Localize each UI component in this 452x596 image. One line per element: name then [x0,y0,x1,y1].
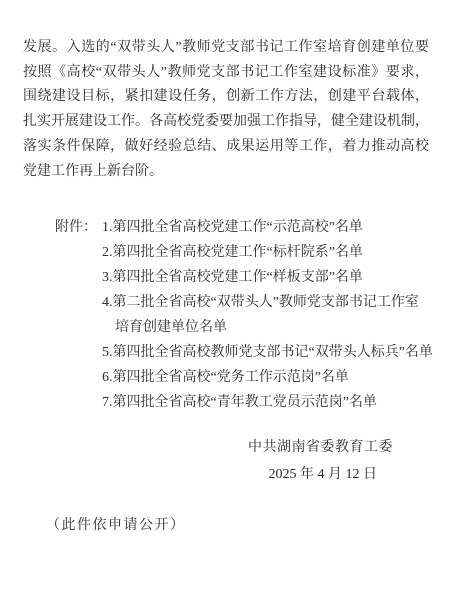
paragraph-line: 扎实开展建设工作。各高校党委要加强工作指导，健全建设机制， [23,110,429,135]
footer-disclosure-note: （此件依申请公开） [46,514,186,538]
attachment-item-1: 1.第四批全省高校党建工作“示范高校”名单 [102,215,433,240]
signature-organization: 中共湖南省委教育工委 [0,436,452,460]
attachment-item-4-continuation: 培育创建单位名单 [102,315,433,340]
body-paragraph: 发展。入选的“双带头人”教师党支部书记工作室培育创建单位要 按照《高校“双带头人… [23,36,429,184]
attachment-items: 1.第四批全省高校党建工作“示范高校”名单 2.第四批全省高校党建工作“标杆院系… [102,215,433,415]
paragraph-line: 党建工作再上新台阶。 [23,160,429,185]
paragraph-line: 围绕建设目标，紧扣建设任务，创新工作方法，创建平台载体， [23,85,429,110]
attachment-item-3: 3.第四批全省高校党建工作“样板支部”名单 [102,265,433,290]
attachment-label: 附件： [55,215,97,240]
document-page: 发展。入选的“双带头人”教师党支部书记工作室培育创建单位要 按照《高校“双带头人… [0,0,452,596]
attachment-item-4: 4.第二批全省高校“双带头人”教师党支部书记工作室 [102,290,433,315]
signature-date: 2025 年 4 月 12 日 [0,463,452,487]
attachment-item-7: 7.第四批全省高校“青年教工党员示范岗”名单 [102,390,433,415]
attachment-item-5: 5.第四批全省高校教师党支部书记“双带头人标兵”名单 [102,340,433,365]
attachment-list: 附件： 1.第四批全省高校党建工作“示范高校”名单 2.第四批全省高校党建工作“… [55,215,433,415]
paragraph-line: 按照《高校“双带头人”教师党支部书记工作室建设标准》要求， [23,61,429,86]
paragraph-line: 落实条件保障，做好经验总结、成果运用等工作，着力推动高校 [23,135,429,160]
attachment-item-6: 6.第四批全省高校“党务工作示范岗”名单 [102,365,433,390]
paragraph-line: 发展。入选的“双带头人”教师党支部书记工作室培育创建单位要 [23,36,429,61]
attachment-item-2: 2.第四批全省高校党建工作“标杆院系”名单 [102,240,433,265]
